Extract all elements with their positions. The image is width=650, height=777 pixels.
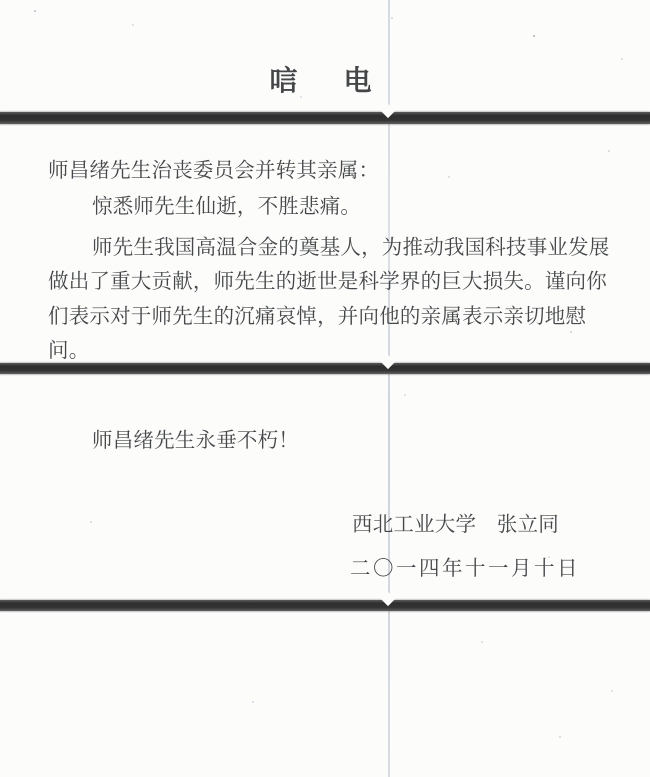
body-line: 问。 <box>48 340 89 363</box>
scan-noise-specks <box>0 0 2 2</box>
body-line: 们表示对于师先生的沉痛哀悼，并向他的亲属表示亲切地慰 <box>48 306 586 329</box>
body-line: 做出了重大贡献，师先生的逝世是科学界的巨大损失。谨向你 <box>48 271 607 294</box>
body-line: 惊悉师先生仙逝，不胜悲痛。 <box>92 196 361 219</box>
body-line: 师先生我国高温合金的奠基人，为推动我国科技事业发展 <box>92 237 610 260</box>
signature-line: 西北工业大学 张立同 <box>352 514 559 537</box>
date-line: 二〇一四年十一月十日 <box>350 558 580 581</box>
salutation-line: 师昌绪先生治丧委员会并转其亲属： <box>48 160 379 183</box>
divider-rule-bottom <box>0 600 650 611</box>
memorial-slogan-line: 师昌绪先生永垂不朽！ <box>92 430 299 453</box>
divider-rule-top <box>0 112 650 124</box>
letter-title: 唁 电 <box>0 59 650 99</box>
divider-rule-middle <box>0 363 650 374</box>
condolence-telegram-page: 唁 电 师昌绪先生治丧委员会并转其亲属： 惊悉师先生仙逝，不胜悲痛。 师先生我国… <box>0 0 650 777</box>
